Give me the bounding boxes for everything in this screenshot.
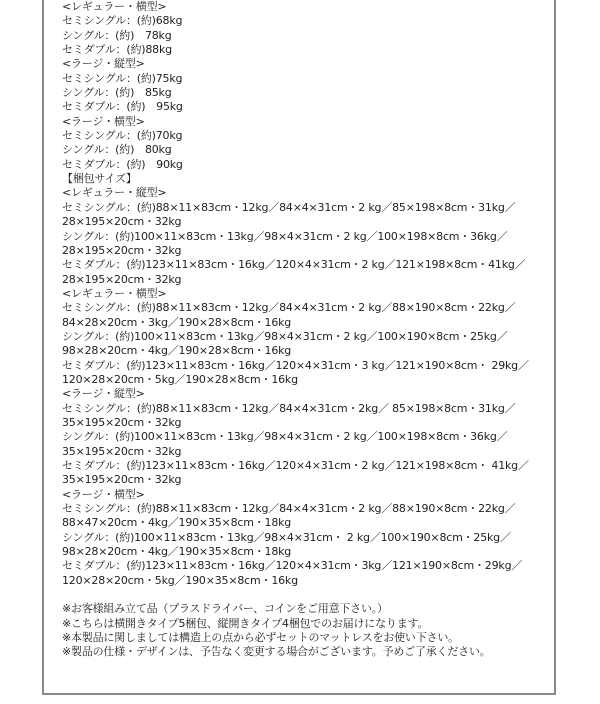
package-section-regular-vertical: <レギュラー・縦型> セミシングル：(約)88×11×83cm・12kg／84×… bbox=[62, 186, 552, 286]
package-line: 98×28×20cm・4kg／190×35×8cm・18kg bbox=[62, 545, 552, 559]
package-line: セミダブル：(約)123×11×83cm・16kg／120×4×31cm・2 k… bbox=[62, 459, 552, 473]
package-line: 35×195×20cm・32kg bbox=[62, 445, 552, 459]
section-heading: <ラージ・横型> bbox=[62, 488, 552, 502]
package-line: 88×47×20cm・4kg／190×35×8cm・18kg bbox=[62, 516, 552, 530]
package-size-title: 【梱包サイズ】 bbox=[62, 172, 552, 186]
section-heading: <ラージ・横型> bbox=[62, 115, 552, 129]
notes: ※お客様組み立て品（プラスドライバー、コインをご用意下さい。） ※こちらは横開き… bbox=[62, 602, 552, 659]
note: ※本製品に関しましては構造上の点から必ずセットのマットレスをお使い下さい。 bbox=[62, 631, 552, 645]
section-heading: <レギュラー・縦型> bbox=[62, 186, 552, 200]
note: ※こちらは横開きタイプ5梱包、縦開きタイプ4梱包でのお届けになります。 bbox=[62, 617, 552, 631]
section-heading: <ラージ・縦型> bbox=[62, 57, 552, 71]
package-line: 35×195×20cm・32kg bbox=[62, 473, 552, 487]
spacer bbox=[62, 588, 552, 602]
weight-item: セミシングル：(約)68kg bbox=[62, 14, 552, 28]
spec-content: <レギュラー・横型> セミシングル：(約)68kg シングル：(約) 78kg … bbox=[62, 0, 552, 660]
package-line: セミシングル：(約)88×11×83cm・12kg／84×4×31cm・2 kg… bbox=[62, 301, 552, 315]
weight-section-regular-horizontal: <レギュラー・横型> セミシングル：(約)68kg シングル：(約) 78kg … bbox=[62, 0, 552, 57]
weight-section-large-horizontal: <ラージ・横型> セミシングル：(約)70kg シングル：(約) 80kg セミ… bbox=[62, 115, 552, 172]
package-line: セミシングル：(約)88×11×83cm・12kg／84×4×31cm・2kg／… bbox=[62, 402, 552, 416]
weight-item: シングル：(約) 85kg bbox=[62, 86, 552, 100]
section-heading: <レギュラー・横型> bbox=[62, 0, 552, 14]
package-line: 98×28×20cm・4kg／190×28×8cm・16kg bbox=[62, 344, 552, 358]
package-line: 84×28×20cm・3kg／190×28×8cm・16kg bbox=[62, 316, 552, 330]
weight-item: セミシングル：(約)70kg bbox=[62, 129, 552, 143]
package-line: シングル：(約)100×11×83cm・13kg／98×4×31cm・ 2 kg… bbox=[62, 531, 552, 545]
note: ※お客様組み立て品（プラスドライバー、コインをご用意下さい。） bbox=[62, 602, 552, 616]
package-line: 28×195×20cm・32kg bbox=[62, 244, 552, 258]
weight-item: セミダブル：(約)88kg bbox=[62, 43, 552, 57]
weight-section-large-vertical: <ラージ・縦型> セミシングル：(約)75kg シングル：(約) 85kg セミ… bbox=[62, 57, 552, 114]
package-section-regular-horizontal: <レギュラー・横型> セミシングル：(約)88×11×83cm・12kg／84×… bbox=[62, 287, 552, 387]
package-section-large-vertical: <ラージ・縦型> セミシングル：(約)88×11×83cm・12kg／84×4×… bbox=[62, 387, 552, 487]
weight-item: セミダブル：(約) 95kg bbox=[62, 100, 552, 114]
package-line: シングル：(約)100×11×83cm・13kg／98×4×31cm・2 kg／… bbox=[62, 330, 552, 344]
package-line: 28×195×20cm・32kg bbox=[62, 273, 552, 287]
weight-item: シングル：(約) 80kg bbox=[62, 143, 552, 157]
package-section-large-horizontal: <ラージ・横型> セミシングル：(約)88×11×83cm・12kg／84×4×… bbox=[62, 488, 552, 588]
package-line: 28×195×20cm・32kg bbox=[62, 215, 552, 229]
package-line: セミダブル：(約)123×11×83cm・16kg／120×4×31cm・2 k… bbox=[62, 258, 552, 272]
package-line: 120×28×20cm・5kg／190×35×8cm・16kg bbox=[62, 574, 552, 588]
package-line: セミダブル：(約)123×11×83cm・16kg／120×4×31cm・3 k… bbox=[62, 359, 552, 373]
package-line: セミシングル：(約)88×11×83cm・12kg／84×4×31cm・2 kg… bbox=[62, 502, 552, 516]
package-line: 120×28×20cm・5kg／190×28×8cm・16kg bbox=[62, 373, 552, 387]
package-line: セミシングル：(約)88×11×83cm・12kg／84×4×31cm・2 kg… bbox=[62, 201, 552, 215]
package-line: シングル：(約)100×11×83cm・13kg／98×4×31cm・2 kg／… bbox=[62, 230, 552, 244]
package-line: シングル：(約)100×11×83cm・13kg／98×4×31cm・2 kg／… bbox=[62, 430, 552, 444]
section-heading: <ラージ・縦型> bbox=[62, 387, 552, 401]
weight-item: シングル：(約) 78kg bbox=[62, 29, 552, 43]
note: ※製品の仕様・デザインは、予告なく変更する場合がございます。予めご了承ください。 bbox=[62, 645, 552, 659]
package-line: 35×195×20cm・32kg bbox=[62, 416, 552, 430]
package-line: セミダブル：(約)123×11×83cm・16kg／120×4×31cm・3kg… bbox=[62, 559, 552, 573]
weight-item: セミダブル：(約) 90kg bbox=[62, 158, 552, 172]
section-heading: <レギュラー・横型> bbox=[62, 287, 552, 301]
spec-box: <レギュラー・横型> セミシングル：(約)68kg シングル：(約) 78kg … bbox=[42, 0, 556, 695]
weight-item: セミシングル：(約)75kg bbox=[62, 72, 552, 86]
